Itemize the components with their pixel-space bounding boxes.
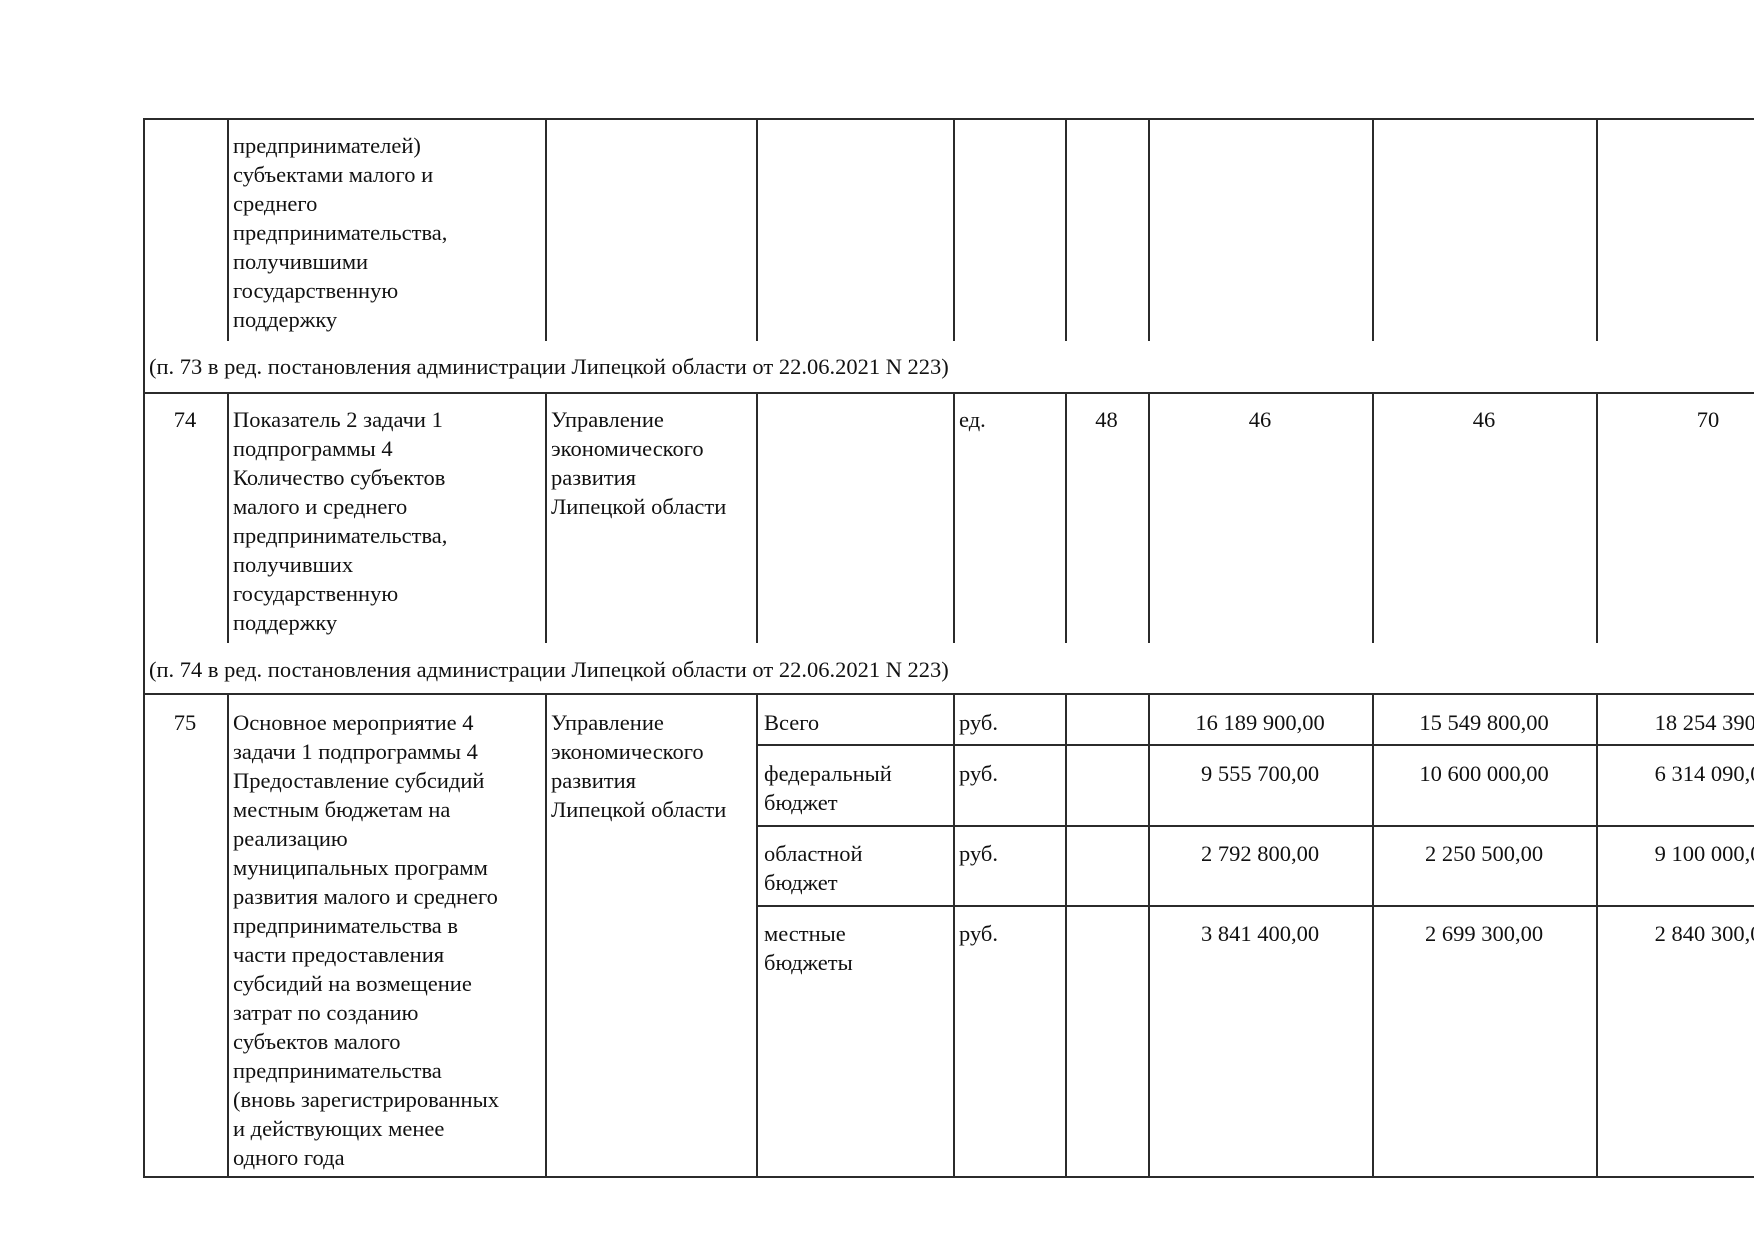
row-75-unit-federal: руб.	[959, 759, 998, 788]
row-75-local-year-3: 2 840 300,0	[1596, 919, 1754, 948]
row-75-source-total: Всего	[764, 708, 819, 737]
row-74-executor: Управление экономического развития Липец…	[551, 405, 726, 521]
row-75-local-year-1: 3 841 400,00	[1148, 919, 1372, 948]
row-75-federal-year-2: 10 600 000,00	[1372, 759, 1596, 788]
row-74-amendment-note: (п. 74 в ред. постановления администраци…	[149, 655, 949, 684]
row-75-source-regional: областной бюджет	[764, 839, 863, 897]
row-75-unit-regional: руб.	[959, 839, 998, 868]
row-75-federal-year-3: 6 314 090,0	[1596, 759, 1754, 788]
row-74-unit: ед.	[959, 405, 986, 434]
row-75-unit-local: руб.	[959, 919, 998, 948]
row-75-total-year-3: 18 254 390,	[1596, 708, 1754, 737]
row-75-unit-total: руб.	[959, 708, 998, 737]
row-75-indicator-text: Основное мероприятие 4 задачи 1 подпрогр…	[233, 708, 499, 1172]
row-74-value-base: 48	[1065, 405, 1148, 434]
row-75-executor: Управление экономического развития Липец…	[551, 708, 726, 824]
row-75-regional-year-3: 9 100 000,0	[1596, 839, 1754, 868]
row-75-regional-year-2: 2 250 500,00	[1372, 839, 1596, 868]
row-75-source-federal: федеральный бюджет	[764, 759, 892, 817]
row-75-local-year-2: 2 699 300,00	[1372, 919, 1596, 948]
row-74-value-year-3: 70	[1596, 405, 1754, 434]
row-75-number: 75	[143, 708, 227, 737]
row-74-indicator-text: Показатель 2 задачи 1 подпрограммы 4 Кол…	[233, 405, 447, 637]
row-74-number: 74	[143, 405, 227, 434]
row-75-source-local: местные бюджеты	[764, 919, 853, 977]
row-74-value-year-1: 46	[1148, 405, 1372, 434]
row-75-regional-year-1: 2 792 800,00	[1148, 839, 1372, 868]
row-73-amendment-note: (п. 73 в ред. постановления администраци…	[149, 352, 949, 381]
document-page: предпринимателей) субъектами малого и ср…	[0, 0, 1754, 1240]
row-73-indicator-text: предпринимателей) субъектами малого и ср…	[233, 131, 447, 334]
row-75-federal-year-1: 9 555 700,00	[1148, 759, 1372, 788]
row-75-total-year-1: 16 189 900,00	[1148, 708, 1372, 737]
row-75-total-year-2: 15 549 800,00	[1372, 708, 1596, 737]
row-74-value-year-2: 46	[1372, 405, 1596, 434]
